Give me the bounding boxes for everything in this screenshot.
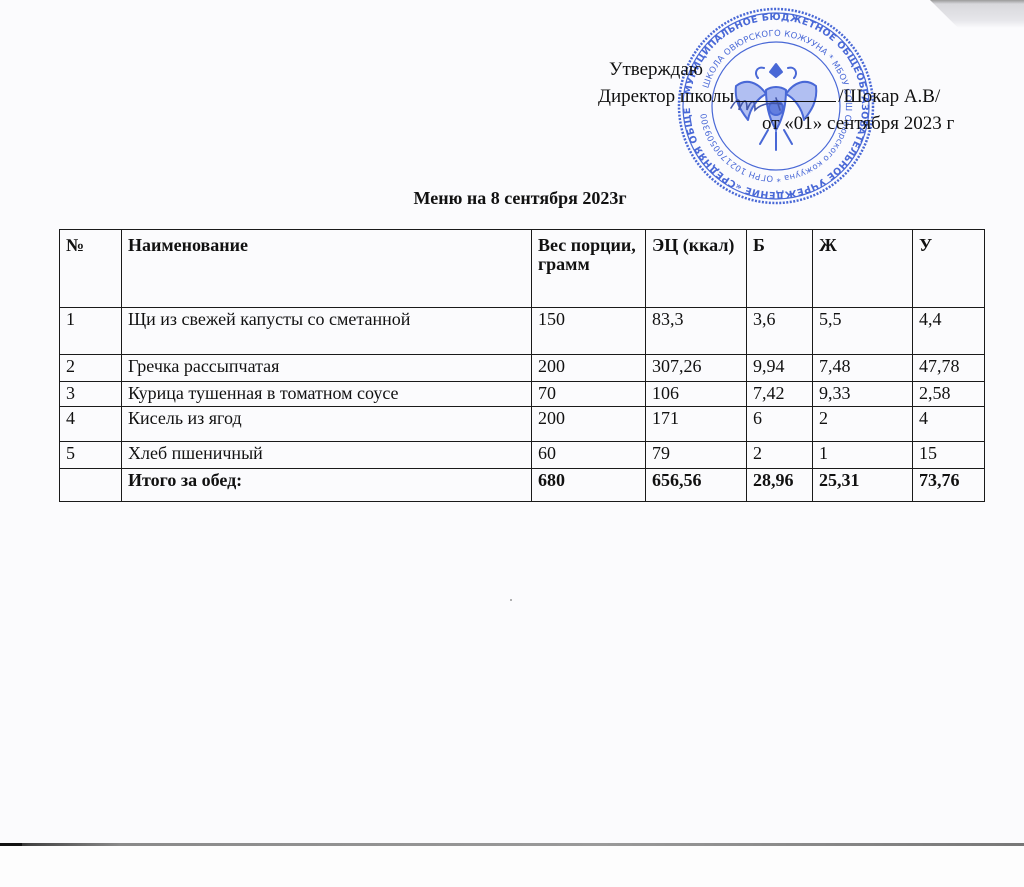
menu-table: № Наименование Вес порции, грамм ЭЦ (кка… — [59, 229, 985, 502]
header-no: № — [60, 230, 122, 308]
header-weight: Вес порции, грамм — [532, 230, 646, 308]
cell-weight: 150 — [532, 308, 646, 355]
cell-protein: 6 — [747, 407, 813, 442]
cell-name: Гречка рассыпчатая — [122, 355, 532, 382]
cell-no: 5 — [60, 442, 122, 469]
header-protein: Б — [747, 230, 813, 308]
total-protein: 28,96 — [747, 469, 813, 502]
scanner-background — [0, 846, 1024, 887]
cell-name: Кисель из ягод — [122, 407, 532, 442]
cell-protein: 9,94 — [747, 355, 813, 382]
director-name: /Шокар А.В/ — [838, 86, 940, 107]
cell-fat: 9,33 — [813, 382, 913, 407]
total-energy: 656,56 — [646, 469, 747, 502]
header-carbs: У — [913, 230, 985, 308]
cell-fat: 7,48 — [813, 355, 913, 382]
cell-no: 1 — [60, 308, 122, 355]
cell-name: Щи из свежей капусты со сметанной — [122, 308, 532, 355]
cell-weight: 60 — [532, 442, 646, 469]
total-fat: 25,31 — [813, 469, 913, 502]
header-name: Наименование — [122, 230, 532, 308]
cell-no: 3 — [60, 382, 122, 407]
total-weight: 680 — [532, 469, 646, 502]
cell-protein: 2 — [747, 442, 813, 469]
table-total-row: Итого за обед: 680 656,56 28,96 25,31 73… — [60, 469, 985, 502]
cell-energy: 106 — [646, 382, 747, 407]
total-carbs: 73,76 — [913, 469, 985, 502]
cell-weight: 200 — [532, 407, 646, 442]
cell-name: Хлеб пшеничный — [122, 442, 532, 469]
cell-carbs: 47,78 — [913, 355, 985, 382]
table-row: 4 Кисель из ягод 200 171 6 2 4 — [60, 407, 985, 442]
header-energy: ЭЦ (ккал) — [646, 230, 747, 308]
cell-energy: 171 — [646, 407, 747, 442]
table-header-row: № Наименование Вес порции, грамм ЭЦ (кка… — [60, 230, 985, 308]
approval-title: Утверждаю — [609, 60, 703, 79]
cell-weight: 70 — [532, 382, 646, 407]
table-row: 5 Хлеб пшеничный 60 79 2 1 15 — [60, 442, 985, 469]
header-fat: Ж — [813, 230, 913, 308]
cell-fat: 1 — [813, 442, 913, 469]
total-no — [60, 469, 122, 502]
cell-carbs: 4 — [913, 407, 985, 442]
scan-shadow — [930, 0, 1024, 28]
cell-name: Курица тушенная в томатном соусе — [122, 382, 532, 407]
director-signature-line: Директор школы/Шокар А.В/ — [598, 85, 940, 106]
signature-blank — [736, 85, 836, 102]
cell-energy: 307,26 — [646, 355, 747, 382]
table-row: 1 Щи из свежей капусты со сметанной 150 … — [60, 308, 985, 355]
table-row: 2 Гречка рассыпчатая 200 307,26 9,94 7,4… — [60, 355, 985, 382]
page-title: Меню на 8 сентября 2023г — [0, 188, 1024, 209]
cell-energy: 83,3 — [646, 308, 747, 355]
cell-protein: 7,42 — [747, 382, 813, 407]
cell-carbs: 15 — [913, 442, 985, 469]
director-label: Директор школы — [598, 86, 734, 107]
cell-energy: 79 — [646, 442, 747, 469]
cell-protein: 3,6 — [747, 308, 813, 355]
cell-carbs: 2,58 — [913, 382, 985, 407]
approval-date: от «01» сентября 2023 г — [762, 114, 954, 133]
scan-speck — [510, 599, 512, 601]
cell-carbs: 4,4 — [913, 308, 985, 355]
cell-fat: 2 — [813, 407, 913, 442]
cell-weight: 200 — [532, 355, 646, 382]
cell-no: 4 — [60, 407, 122, 442]
total-label: Итого за обед: — [122, 469, 532, 502]
table-row: 3 Курица тушенная в томатном соусе 70 10… — [60, 382, 985, 407]
cell-fat: 5,5 — [813, 308, 913, 355]
cell-no: 2 — [60, 355, 122, 382]
